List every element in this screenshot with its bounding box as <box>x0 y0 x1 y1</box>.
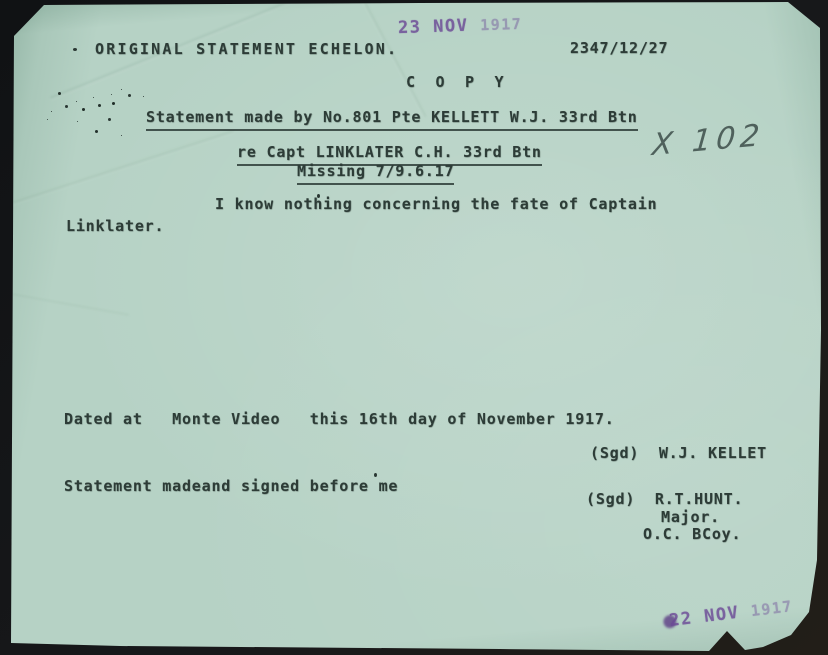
dated-line: Dated at Monte Video this 16th day of No… <box>64 410 615 429</box>
stamp-date: 22 NOV <box>668 603 740 631</box>
header-echelon-label: ORIGINAL STATEMENT ECHELON. <box>95 40 398 59</box>
paper-crease <box>0 130 234 214</box>
signature-hunt-unit: O.C. BCoy. <box>643 525 741 544</box>
statement-body-line1: I know nothing concerning the fate of Ca… <box>215 195 657 214</box>
ink-specks <box>58 92 61 95</box>
received-stamp-top: 23 NOV 1917 <box>398 16 523 37</box>
statement-title-line1: Statement made by No.801 Pte KELLETT W.J… <box>146 108 638 131</box>
signature-hunt-rank: Major. <box>661 508 720 527</box>
witness-line: Statement madeand signed before me <box>64 477 398 496</box>
stamp-year: 1917 <box>480 15 523 34</box>
scan-background: { "document": { "colors": { "paper": "#b… <box>0 0 828 655</box>
signature-hunt: (Sgd) R.T.HUNT. <box>586 490 743 509</box>
stamp-date: 23 NOV <box>398 16 469 38</box>
signature-kellet: (Sgd) W.J. KELLET <box>590 444 767 463</box>
statement-body-line2: Linklater. <box>66 217 164 236</box>
paper-crease <box>0 286 129 318</box>
stamp-year: 1917 <box>750 597 794 620</box>
document-paper: 23 NOV 1917 ORIGINAL STATEMENT ECHELON. … <box>0 0 828 655</box>
received-stamp-bottom: 22 NOV 1917 <box>662 598 793 631</box>
ink-speck <box>73 48 77 51</box>
pencil-annotation: X 102 <box>651 121 766 161</box>
statement-title-line3: Missing 7/9.6.17 <box>297 162 454 185</box>
header-reference-number: 2347/12/27 <box>570 39 668 58</box>
copy-label: C O P Y <box>406 73 504 92</box>
